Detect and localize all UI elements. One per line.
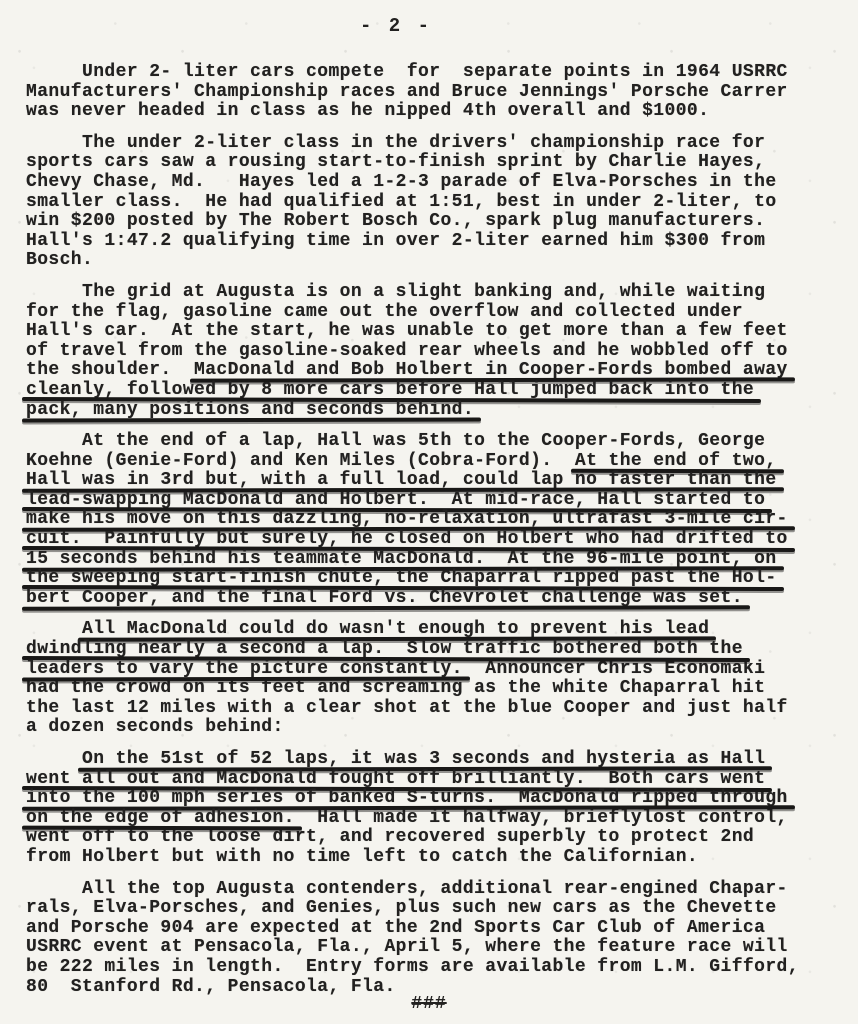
underlined-text: Hall was in 3rd but, with a full load, c… xyxy=(26,470,777,490)
text-line: on the edge of adhesion. Hall made it ha… xyxy=(26,809,832,829)
text-segment: of travel from the gasoline-soaked rear … xyxy=(26,341,788,361)
text-line: Koehne (Genie-Ford) and Ken Miles (Cobra… xyxy=(26,452,832,472)
text-segment: the shoulder. xyxy=(26,360,194,380)
text-line: smaller class. He had qualified at 1:51,… xyxy=(26,193,832,213)
underlined-text: cleanly, followed by 8 more cars before … xyxy=(26,380,754,400)
text-segment xyxy=(26,749,82,769)
page-number: - 2 - xyxy=(0,15,792,37)
text-segment: went off to the loose dirt, and recovere… xyxy=(26,827,754,847)
text-line: At the end of a lap, Hall was 5th to the… xyxy=(26,432,832,452)
text-segment: Manufacturers' Championship races and Br… xyxy=(26,82,788,102)
text-line: went off to the loose dirt, and recovere… xyxy=(26,828,832,848)
underlined-text: into the 100 mph series of banked S-turn… xyxy=(26,788,788,808)
text-segment: smaller class. He had qualified at 1:51,… xyxy=(26,192,777,212)
text-line: Chevy Chase, Md. Hayes led a 1-2-3 parad… xyxy=(26,173,832,193)
text-line: from Holbert but with no time left to ca… xyxy=(26,848,832,868)
text-segment: be 222 miles in length. Entry forms are … xyxy=(26,957,799,977)
text-segment: Chevy Chase, Md. Hayes led a 1-2-3 parad… xyxy=(26,172,777,192)
text-line: lead-swapping MacDonald and Holbert. At … xyxy=(26,491,832,511)
text-segment xyxy=(26,619,82,639)
text-segment: the last 12 miles with a clear shot at t… xyxy=(26,698,788,718)
text-line: be 222 miles in length. Entry forms are … xyxy=(26,958,832,978)
underlined-text: dwindling nearly a second a lap. Slow tr… xyxy=(26,639,743,659)
text-line: went all out and MacDonald fought off br… xyxy=(26,770,832,790)
text-line: USRRC event at Pensacola, Fla., April 5,… xyxy=(26,938,832,958)
text-line: leaders to vary the picture constantly. … xyxy=(26,660,832,680)
text-line: Hall's 1:47.2 qualifying time in over 2-… xyxy=(26,232,832,252)
underlined-text: bert Cooper, and the final Ford vs. Chev… xyxy=(26,588,743,608)
text-line: had the crowd on its feet and screaming … xyxy=(26,679,832,699)
text-line: cuit. Painfully but surely, he closed on… xyxy=(26,530,832,550)
text-segment: At the end of a lap, Hall was 5th to the… xyxy=(26,431,765,451)
paragraph: The grid at Augusta is on a slight banki… xyxy=(26,283,832,420)
text-line: a dozen seconds behind: xyxy=(26,718,832,738)
text-line: bert Cooper, and the final Ford vs. Chev… xyxy=(26,589,832,609)
underlined-text: At the end of two, xyxy=(575,451,777,471)
text-segment: Hall made it halfway, brieflylost contro… xyxy=(295,808,788,828)
text-segment: The grid at Augusta is on a slight banki… xyxy=(26,282,765,302)
text-line: On the 51st of 52 laps, it was 3 seconds… xyxy=(26,750,832,770)
underlined-text: On the 51st of 52 laps, it was 3 seconds… xyxy=(82,749,765,769)
text-line: sports cars saw a rousing start-to-finis… xyxy=(26,153,832,173)
text-segment: and Porsche 904 are expected at the 2nd … xyxy=(26,918,765,938)
underlined-text: went all out and MacDonald fought off br… xyxy=(26,769,765,789)
text-line: The under 2-liter class in the drivers' … xyxy=(26,134,832,154)
text-segment: a dozen seconds behind: xyxy=(26,717,284,737)
underlined-text: pack, many positions and seconds behind. xyxy=(26,400,474,420)
text-segment: rals, Elva-Porsches, and Genies, plus su… xyxy=(26,898,777,918)
paragraph: On the 51st of 52 laps, it was 3 seconds… xyxy=(26,750,832,868)
text-line: pack, many positions and seconds behind. xyxy=(26,401,832,421)
text-line: dwindling nearly a second a lap. Slow tr… xyxy=(26,640,832,660)
text-line: win $200 posted by The Robert Bosch Co.,… xyxy=(26,212,832,232)
paragraph: Under 2- liter cars compete for separate… xyxy=(26,63,832,122)
underlined-text: the sweeping start-finish chute, the Cha… xyxy=(26,568,777,588)
text-line: Hall's car. At the start, he was unable … xyxy=(26,322,832,342)
text-segment: from Holbert but with no time left to ca… xyxy=(26,847,698,867)
text-line: rals, Elva-Porsches, and Genies, plus su… xyxy=(26,899,832,919)
text-segment: USRRC event at Pensacola, Fla., April 5,… xyxy=(26,937,788,957)
underlined-text: cuit. Painfully but surely, he closed on… xyxy=(26,529,788,549)
text-line: 15 seconds behind his teammate MacDonald… xyxy=(26,550,832,570)
text-line: the last 12 miles with a clear shot at t… xyxy=(26,699,832,719)
underlined-text: 15 seconds behind his teammate MacDonald… xyxy=(26,549,777,569)
text-line: Under 2- liter cars compete for separate… xyxy=(26,63,832,83)
text-segment: The under 2-liter class in the drivers' … xyxy=(26,133,765,153)
paragraph: All the top Augusta contenders, addition… xyxy=(26,880,832,998)
text-segment: win $200 posted by The Robert Bosch Co.,… xyxy=(26,211,765,231)
underlined-text: lead-swapping MacDonald and Holbert. At … xyxy=(26,490,765,510)
text-line: The grid at Augusta is on a slight banki… xyxy=(26,283,832,303)
text-line: of travel from the gasoline-soaked rear … xyxy=(26,342,832,362)
underlined-text: All MacDonald could do wasn't enough to … xyxy=(82,619,709,639)
end-of-release-mark: ### xyxy=(0,994,858,1014)
text-line: for the flag, gasoline came out the over… xyxy=(26,303,832,323)
text-segment: was never headed in class as he nipped 4… xyxy=(26,101,709,121)
document-body: Under 2- liter cars compete for separate… xyxy=(26,63,832,1009)
text-line: All the top Augusta contenders, addition… xyxy=(26,880,832,900)
text-segment: for the flag, gasoline came out the over… xyxy=(26,302,743,322)
paragraph: At the end of a lap, Hall was 5th to the… xyxy=(26,432,832,608)
text-segment: Bosch. xyxy=(26,250,93,270)
underlined-text: leaders to vary the picture constantly. xyxy=(26,659,463,679)
underlined-text: MacDonald and Bob Holbert in Cooper-Ford… xyxy=(194,360,788,380)
text-line: the shoulder. MacDonald and Bob Holbert … xyxy=(26,361,832,381)
text-line: make his move on this dazzling, no-relax… xyxy=(26,510,832,530)
text-line: Hall was in 3rd but, with a full load, c… xyxy=(26,471,832,491)
text-segment: Hall's car. At the start, he was unable … xyxy=(26,321,788,341)
text-line: Bosch. xyxy=(26,251,832,271)
paragraph: The under 2-liter class in the drivers' … xyxy=(26,134,832,271)
text-segment: Hall's 1:47.2 qualifying time in over 2-… xyxy=(26,231,765,251)
text-segment: sports cars saw a rousing start-to-finis… xyxy=(26,152,765,172)
paragraph: All MacDonald could do wasn't enough to … xyxy=(26,620,832,738)
text-line: All MacDonald could do wasn't enough to … xyxy=(26,620,832,640)
text-line: was never headed in class as he nipped 4… xyxy=(26,102,832,122)
text-line: Manufacturers' Championship races and Br… xyxy=(26,83,832,103)
underlined-text: on the edge of adhesion. xyxy=(26,808,295,828)
underlined-text: make his move on this dazzling, no-relax… xyxy=(26,509,788,529)
scanned-press-release-page: - 2 - Under 2- liter cars compete for se… xyxy=(0,0,858,1024)
text-segment: Koehne (Genie-Ford) and Ken Miles (Cobra… xyxy=(26,451,575,471)
text-segment: All the top Augusta contenders, addition… xyxy=(26,879,788,899)
text-segment: Under 2- liter cars compete for separate… xyxy=(26,62,788,82)
text-line: into the 100 mph series of banked S-turn… xyxy=(26,789,832,809)
text-line: the sweeping start-finish chute, the Cha… xyxy=(26,569,832,589)
text-line: cleanly, followed by 8 more cars before … xyxy=(26,381,832,401)
text-line: and Porsche 904 are expected at the 2nd … xyxy=(26,919,832,939)
